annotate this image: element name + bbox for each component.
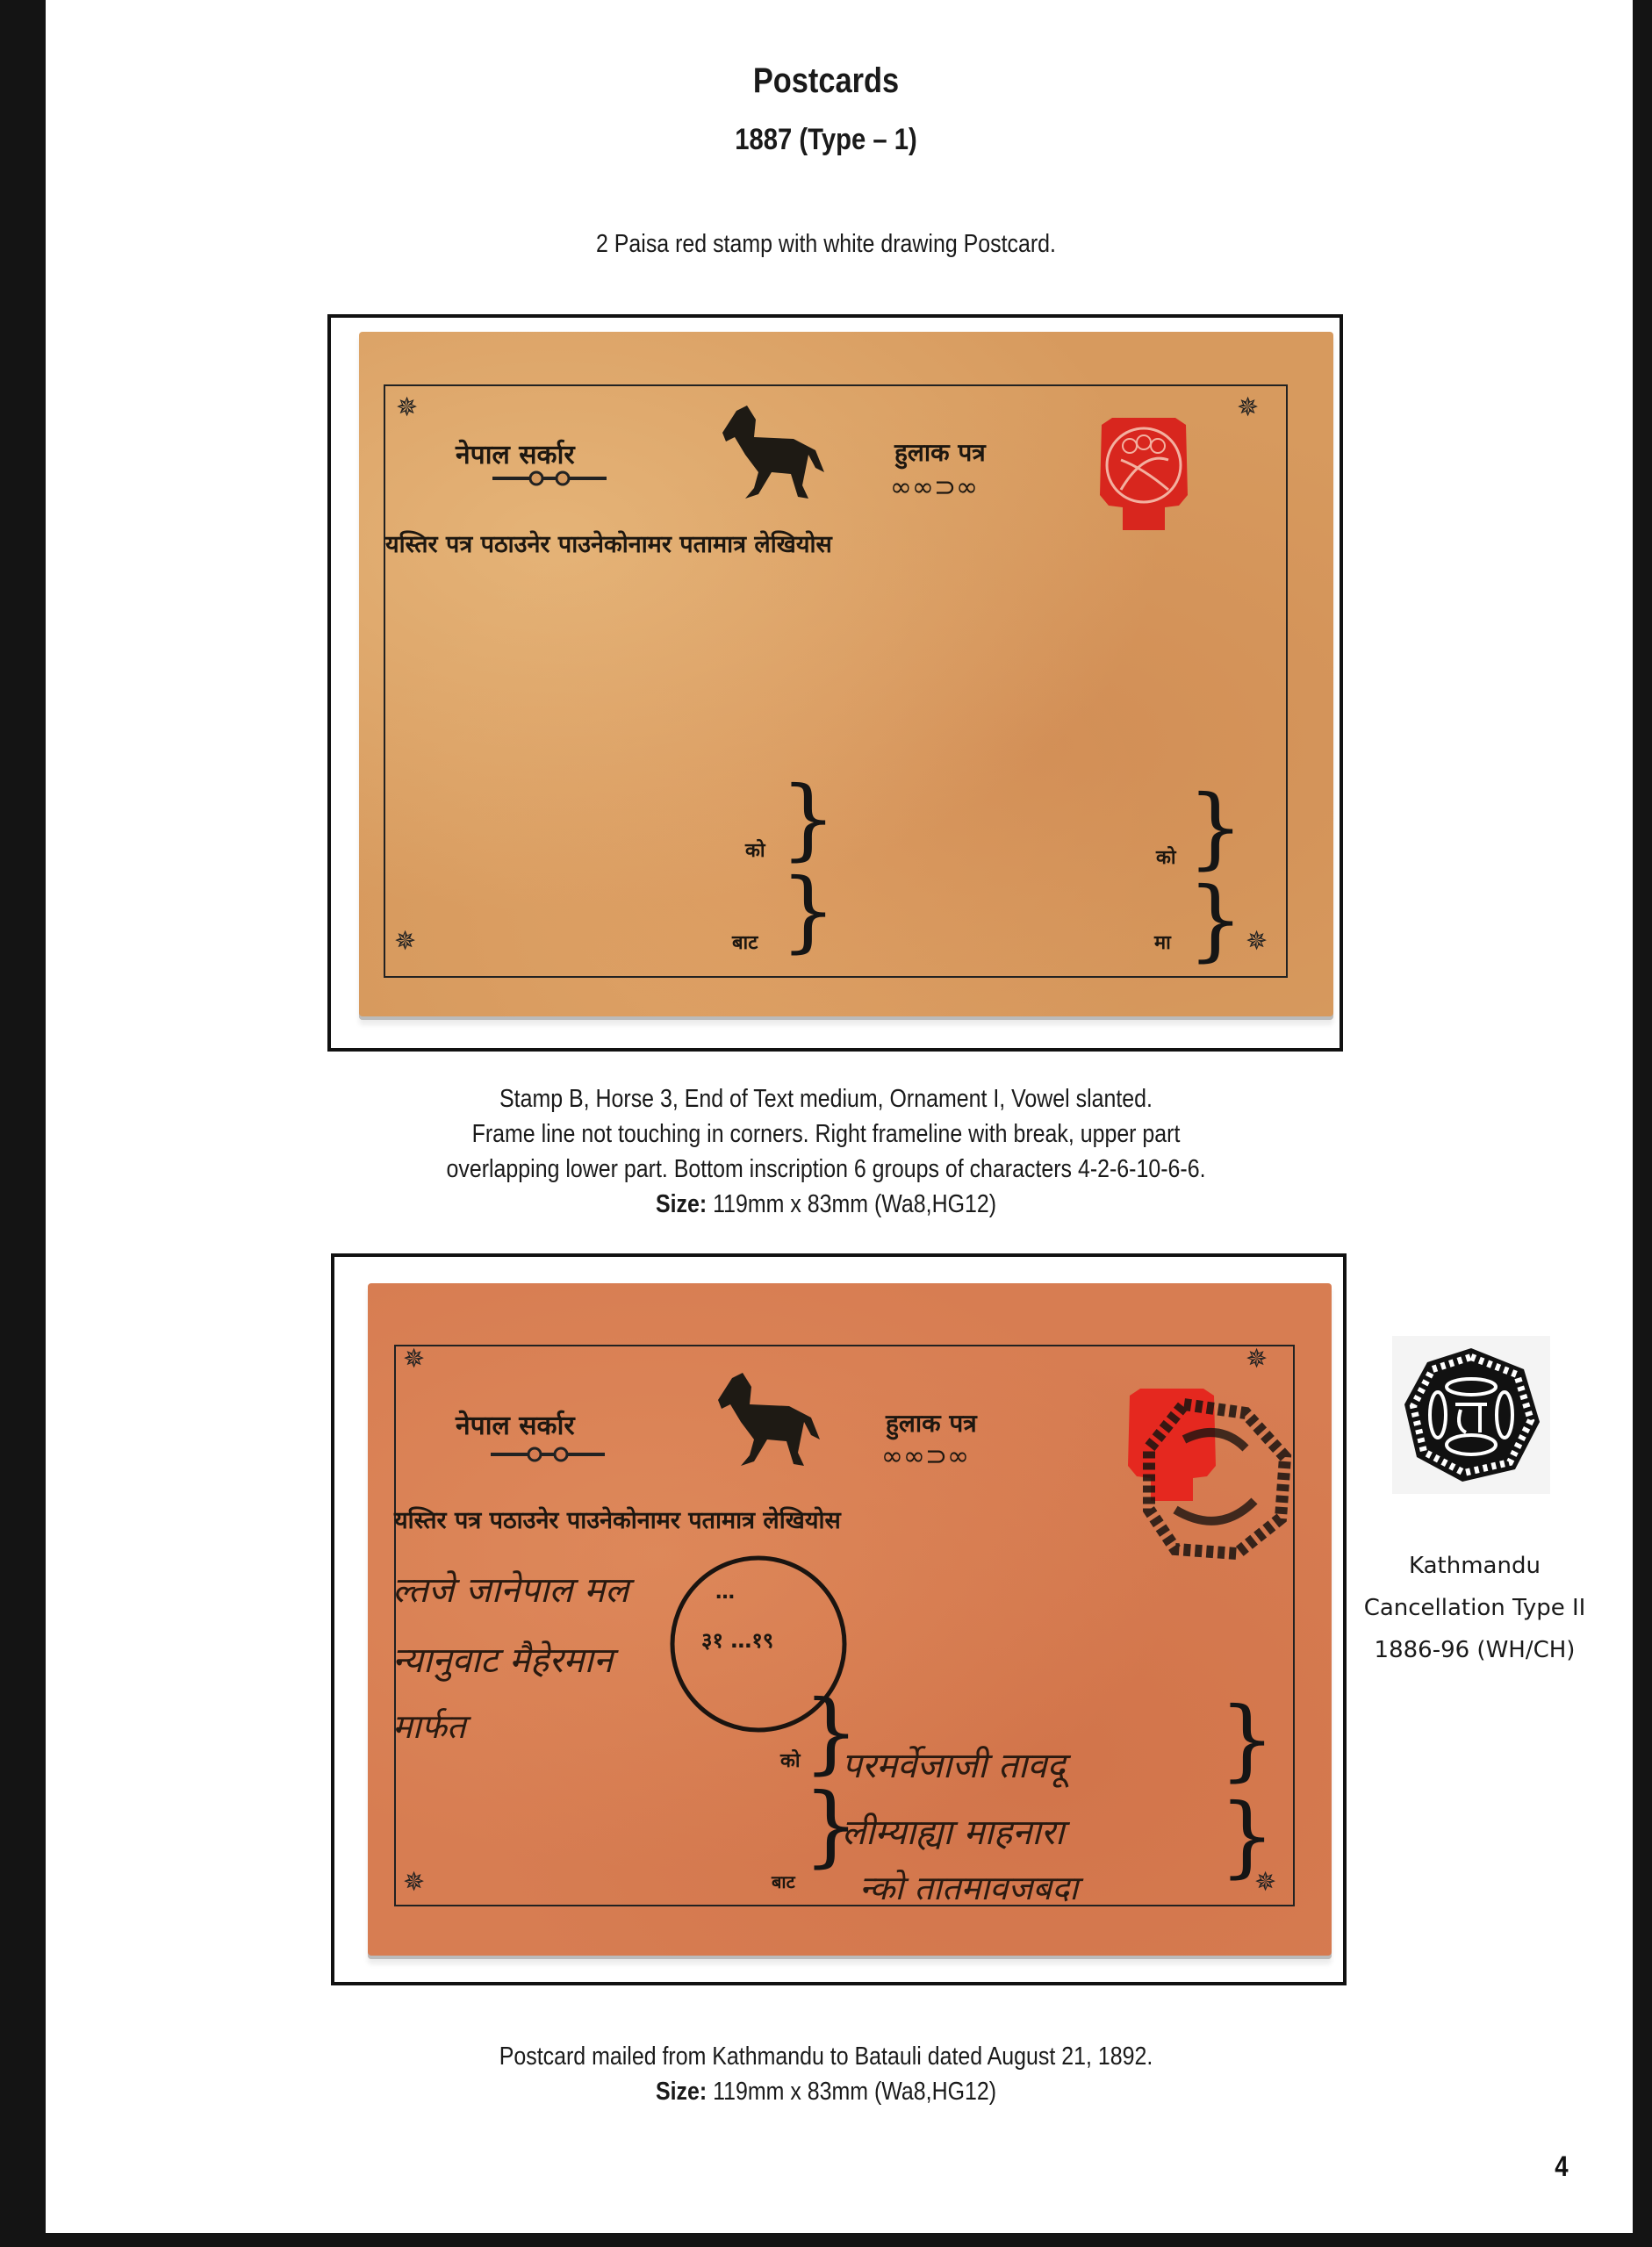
horse-icon [706,1369,829,1475]
size-value: 119mm x 83mm (Wa8,HG12) [707,2078,996,2106]
postmark-date-text: ३१ …१९ [701,1626,773,1655]
size-label: Size: [656,2078,707,2106]
page-title: Postcards [116,61,1537,101]
handwriting-line: परमर्वेजाजी तावदू [842,1740,1066,1788]
ornament-divider-icon [491,1447,605,1462]
handwriting-line: न्को तातमावजबदा [859,1864,1078,1910]
to-label: को [1156,844,1176,870]
brace-icon: } [1219,1792,1275,1880]
handwriting-line: ल्तजे जानेपाल मल [392,1564,628,1612]
header-right-text: हुलाक पत्र [886,1406,977,1439]
brace-icon: } [1188,876,1244,964]
brace-icon: } [780,867,837,955]
instruction-line: यस्तिर पत्र पठाउनेर पाउनेकोनामर पतामात्र… [385,527,832,559]
at-label: मा [1154,929,1171,955]
postcard-2-caption: Postcard mailed from Kathmandu to Bataul… [116,2039,1537,2109]
caption-line: 1886-96 (WH/CH) [1343,1629,1606,1671]
size-value: 119mm x 83mm (Wa8,HG12) [707,1190,996,1218]
instruction-line: यस्तिर पत्र पठाउनेर पाउनेकोनामर पतामात्र… [394,1503,841,1535]
caption-line: Frame line not touching in corners. Righ… [116,1116,1537,1152]
ornament-icon: ✵ [396,395,418,421]
cancellation-caption: Kathmandu Cancellation Type II 1886-96 (… [1343,1545,1606,1671]
kathmandu-cancellation-icon [1392,1336,1550,1494]
postcard-2-image: ✵ ✵ ✵ ✵ नेपाल सर्कार हुलाक पत्र ∞∞⊃∞ यस्… [368,1283,1332,1959]
ornament-icon: ✵ [403,1346,425,1373]
caption-line: Kathmandu [1343,1545,1606,1587]
postmark-top-text: … [715,1582,735,1604]
flourish-icon: ∞∞⊃∞ [890,472,978,503]
header-left-text: नेपाल सर्कार [456,435,575,471]
ornament-icon: ✵ [1246,1346,1268,1373]
page-description: 2 Paisa red stamp with white drawing Pos… [116,230,1537,259]
ornament-icon: ✵ [1246,929,1268,955]
header-left-text: नेपाल सर्कार [456,1406,575,1442]
postcard-2-frame: ✵ ✵ ✵ ✵ नेपाल सर्कार हुलाक पत्र ∞∞⊃∞ यस्… [331,1253,1347,1985]
page-number: 4 [1555,2150,1568,2183]
to-label: को [745,836,765,863]
ornament-icon: ✵ [394,929,416,955]
ornament-icon: ✵ [403,1870,425,1896]
size-line: Size: 119mm x 83mm (Wa8,HG12) [116,2074,1537,2109]
postcard-1-frame: ✵ ✵ ✵ ✵ नेपाल सर्कार हुलाक पत्र ∞∞⊃∞ यस्… [327,314,1343,1052]
ornament-icon: ✵ [1237,395,1259,421]
postcard-1-caption: Stamp B, Horse 3, End of Text medium, Or… [116,1081,1537,1222]
size-line: Size: 119mm x 83mm (Wa8,HG12) [116,1187,1537,1222]
handwriting-line: न्यानुवाट मैहेरमान [392,1634,613,1683]
size-label: Size: [656,1190,707,1218]
ornament-divider-icon [492,470,607,486]
to-label: को [780,1747,801,1773]
cancelled-stamp-icon [1123,1387,1298,1562]
red-stamp-icon [1095,416,1193,535]
brace-icon: } [1188,784,1244,872]
from-label: बाट [772,1870,795,1893]
handwriting-line: मार्फत [392,1703,466,1748]
caption-line: Stamp B, Horse 3, End of Text medium, Or… [116,1081,1537,1116]
brace-icon: } [780,775,837,863]
page-subtitle: 1887 (Type – 1) [116,123,1537,157]
postcard-1-image: ✵ ✵ ✵ ✵ नेपाल सर्कार हुलाक पत्र ∞∞⊃∞ यस्… [359,332,1333,1020]
flourish-icon: ∞∞⊃∞ [881,1441,969,1472]
from-label: बाट [732,929,758,955]
caption-line: Cancellation Type II [1343,1587,1606,1629]
horse-icon [710,402,833,507]
brace-icon: } [1219,1696,1275,1784]
caption-line: Postcard mailed from Kathmandu to Bataul… [116,2039,1537,2074]
cancellation-reference-image [1392,1336,1550,1494]
header-right-text: हुलाक पत्र [894,435,986,469]
caption-line: overlapping lower part. Bottom inscripti… [116,1152,1537,1187]
handwriting-line: लीम्याह्या माहनारा [842,1806,1064,1855]
